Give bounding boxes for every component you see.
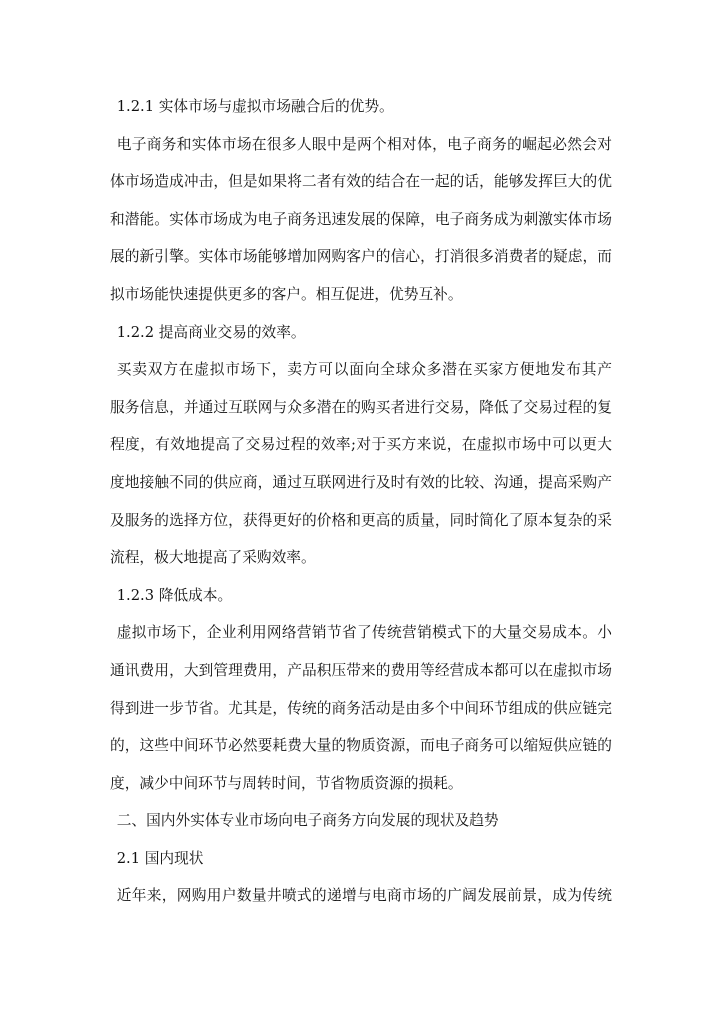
paragraph-cost-reduction: 虚拟市场下，企业利用网络营销节省了传统营销模式下的大量交易成本。小到 通讯费用，… [110, 614, 612, 802]
paragraph-line: 流程，极大地提高了采购效率。 [110, 539, 612, 577]
paragraph-efficiency: 买卖双方在虚拟市场下，卖方可以面向全球众多潜在买家方便地发布其产品、 服务信息，… [110, 351, 612, 577]
paragraph-line: 电子商务和实体市场在很多人眼中是两个相对体，电子商务的崛起必然会对实 [110, 126, 612, 164]
paragraph-line: 虚拟市场下，企业利用网络营销节省了传统营销模式下的大量交易成本。小到 [110, 614, 612, 652]
paragraph-advantages: 电子商务和实体市场在很多人眼中是两个相对体，电子商务的崛起必然会对实 体市场造成… [110, 126, 612, 314]
section-heading-1-2-3: 1.2.3 降低成本。 [110, 577, 612, 615]
paragraph-line: 程度，有效地提高了交易过程的效率;对于买方来说，在虚拟市场中可以更大程 [110, 426, 612, 464]
paragraph-line: 的，这些中间环节必然要耗费大量的物质资源，而电子商务可以缩短供应链的长 [110, 727, 612, 765]
heading-line: 1.2.3 降低成本。 [110, 577, 612, 615]
heading-line: 1.2.2 提高商业交易的效率。 [110, 314, 612, 352]
heading-line: 二、国内外实体专业市场向电子商务方向发展的现状及趋势 [110, 802, 612, 840]
paragraph-line: 买卖双方在虚拟市场下，卖方可以面向全球众多潜在买家方便地发布其产品、 [110, 351, 612, 389]
heading-line: 1.2.1 实体市场与虚拟市场融合后的优势。 [110, 88, 612, 126]
section-heading-1-2-1: 1.2.1 实体市场与虚拟市场融合后的优势。 [110, 88, 612, 126]
paragraph-line: 和潜能。实体市场成为电子商务迅速发展的保障，电子商务成为刺激实体市场发 [110, 201, 612, 239]
document-body: 1.2.1 实体市场与虚拟市场融合后的优势。 电子商务和实体市场在很多人眼中是两… [110, 88, 612, 915]
paragraph-line: 体市场造成冲击，但是如果将二者有效的结合在一起的话，能够发挥巨大的优势 [110, 163, 612, 201]
paragraph-line: 近年来，网购用户数量井喷式的递增与电商市场的广阔发展前景，成为传统企 [110, 877, 612, 915]
paragraph-line: 通讯费用，大到管理费用，产品积压带来的费用等经营成本都可以在虚拟市场下 [110, 652, 612, 690]
section-heading-1-2-2: 1.2.2 提高商业交易的效率。 [110, 314, 612, 352]
paragraph-line: 拟市场能快速提供更多的客户。相互促进，优势互补。 [110, 276, 612, 314]
chapter-heading-2: 二、国内外实体专业市场向电子商务方向发展的现状及趋势 [110, 802, 612, 840]
paragraph-line: 得到进一步节省。尤其是，传统的商务活动是由多个中间环节组成的供应链完成 [110, 690, 612, 728]
paragraph-domestic-status: 近年来，网购用户数量井喷式的递增与电商市场的广阔发展前景，成为传统企 [110, 877, 612, 915]
paragraph-line: 度，减少中间环节与周转时间，节省物质资源的损耗。 [110, 765, 612, 803]
paragraph-line: 及服务的选择方位，获得更好的价格和更高的质量，同时简化了原本复杂的采购 [110, 502, 612, 540]
paragraph-line: 展的新引擎。实体市场能够增加网购客户的信心，打消很多消费者的疑虑，而虚 [110, 238, 612, 276]
paragraph-line: 服务信息，并通过互联网与众多潜在的购买者进行交易，降低了交易过程的复杂 [110, 389, 612, 427]
document-page: 1.2.1 实体市场与虚拟市场融合后的优势。 电子商务和实体市场在很多人眼中是两… [0, 0, 721, 1020]
section-heading-2-1: 2.1 国内现状 [110, 840, 612, 878]
paragraph-line: 度地接触不同的供应商，通过互联网进行及时有效的比较、沟通，提高采购产品 [110, 464, 612, 502]
heading-line: 2.1 国内现状 [110, 840, 612, 878]
